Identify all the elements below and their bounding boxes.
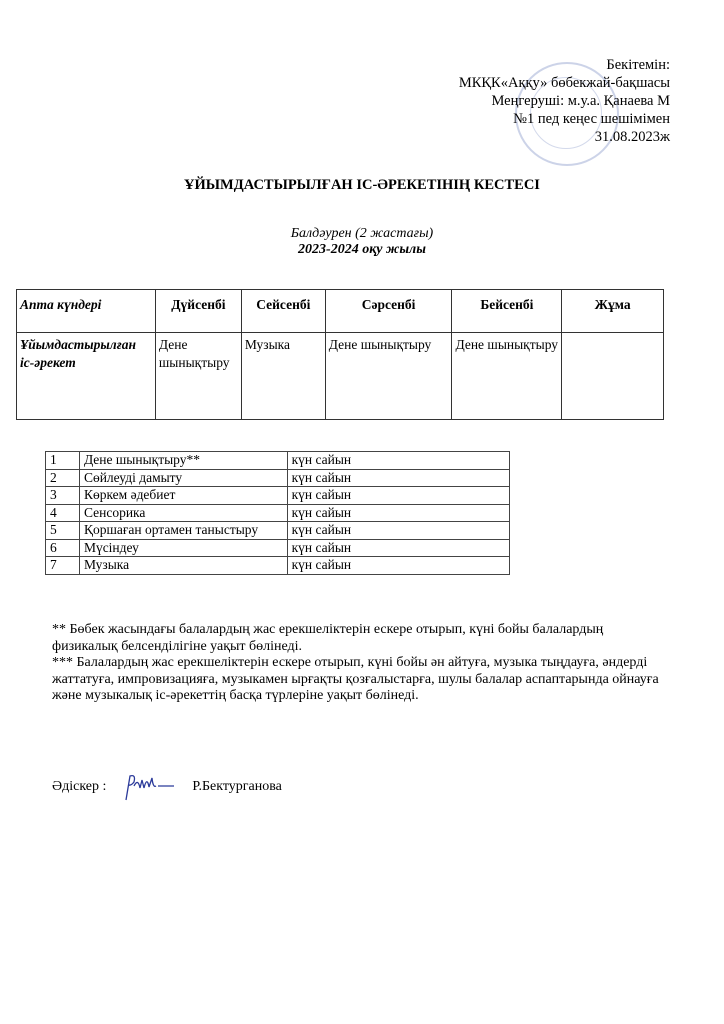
activity-num: 7	[46, 557, 80, 575]
activity-row: 4Сенсорикакүн сайын	[46, 504, 510, 522]
header-cell: Сәрсенбі	[325, 290, 452, 333]
activity-freq: күн сайын	[287, 504, 509, 522]
activity-num: 4	[46, 504, 80, 522]
activity-num: 5	[46, 522, 80, 540]
weekly-schedule-table: Апта күндері Дүйсенбі Сейсенбі Сәрсенбі …	[16, 289, 664, 420]
signature-label: Әдіскер :	[52, 779, 106, 794]
activity-freq: күн сайын	[287, 522, 509, 540]
approval-line: №1 пед кеңес шешімімен	[459, 110, 670, 128]
schedule-cell: Дене шынықтыру	[155, 333, 241, 420]
activity-num: 1	[46, 452, 80, 470]
activity-row: 6Мүсіндеукүн сайын	[46, 539, 510, 557]
header-cell: Дүйсенбі	[155, 290, 241, 333]
activity-num: 6	[46, 539, 80, 557]
header-cell: Апта күндері	[17, 290, 156, 333]
activity-name: Дене шынықтыру**	[79, 452, 287, 470]
approval-line: МКҚК«Аққу» бөбекжай-бақшасы	[459, 74, 670, 92]
header-cell: Бейсенбі	[452, 290, 562, 333]
group-subtitle: Балдәурен (2 жастағы)	[0, 226, 724, 242]
activity-freq: күн сайын	[287, 469, 509, 487]
schedule-cell	[562, 333, 664, 420]
schedule-header-row: Апта күндері Дүйсенбі Сейсенбі Сәрсенбі …	[17, 290, 664, 333]
schedule-cell: Дене шынықтыру	[452, 333, 562, 420]
activity-name: Музыка	[79, 557, 287, 575]
approval-line: Меңгеруші: м.у.а. Қанаева М	[459, 92, 670, 110]
activity-row: 2Сөйлеуді дамытукүн сайын	[46, 469, 510, 487]
approval-line: Бекітемін:	[459, 56, 670, 74]
header-cell: Жұма	[562, 290, 664, 333]
activity-row: 1Дене шынықтыру**күн сайын	[46, 452, 510, 470]
activity-freq: күн сайын	[287, 487, 509, 505]
activity-name: Сөйлеуді дамыту	[79, 469, 287, 487]
signature-block: Әдіскер : Р.Бектурганова	[52, 772, 282, 802]
activity-name: Көркем әдебиет	[79, 487, 287, 505]
header-cell: Сейсенбі	[241, 290, 325, 333]
activity-row: 3Көркем әдебиеткүн сайын	[46, 487, 510, 505]
handwritten-signature-icon	[120, 772, 175, 802]
activity-name: Мүсіндеу	[79, 539, 287, 557]
activity-name: Сенсорика	[79, 504, 287, 522]
row-label: Ұйымдастырылған іс-әрекет	[17, 333, 156, 420]
activity-freq: күн сайын	[287, 539, 509, 557]
activities-table: 1Дене шынықтыру**күн сайын2Сөйлеуді дамы…	[45, 451, 510, 575]
approval-line: 31.08.2023ж	[459, 128, 670, 146]
activity-num: 2	[46, 469, 80, 487]
schedule-cell: Музыка	[241, 333, 325, 420]
activity-row: 7Музыкакүн сайын	[46, 557, 510, 575]
academic-year: 2023-2024 оқу жылы	[0, 242, 724, 258]
document-title: ҰЙЫМДАСТЫРЫЛҒАН ІС-ӘРЕКЕТІНІҢ КЕСТЕСІ	[0, 177, 724, 194]
activity-name: Қоршаған ортамен таныстыру	[79, 522, 287, 540]
activity-freq: күн сайын	[287, 452, 509, 470]
footnote-1: ** Бөбек жасындағы балалардың жас ерекше…	[52, 622, 672, 655]
schedule-cell: Дене шынықтыру	[325, 333, 452, 420]
activity-num: 3	[46, 487, 80, 505]
footnotes: ** Бөбек жасындағы балалардың жас ерекше…	[52, 622, 672, 705]
activity-freq: күн сайын	[287, 557, 509, 575]
approval-block: Бекітемін: МКҚК«Аққу» бөбекжай-бақшасы М…	[459, 56, 670, 146]
schedule-row: Ұйымдастырылған іс-әрекет Дене шынықтыру…	[17, 333, 664, 420]
footnote-2: *** Балалардың жас ерекшеліктерін ескере…	[52, 655, 672, 705]
signatory-name: Р.Бектурганова	[192, 779, 281, 794]
activity-row: 5Қоршаған ортамен таныстырукүн сайын	[46, 522, 510, 540]
